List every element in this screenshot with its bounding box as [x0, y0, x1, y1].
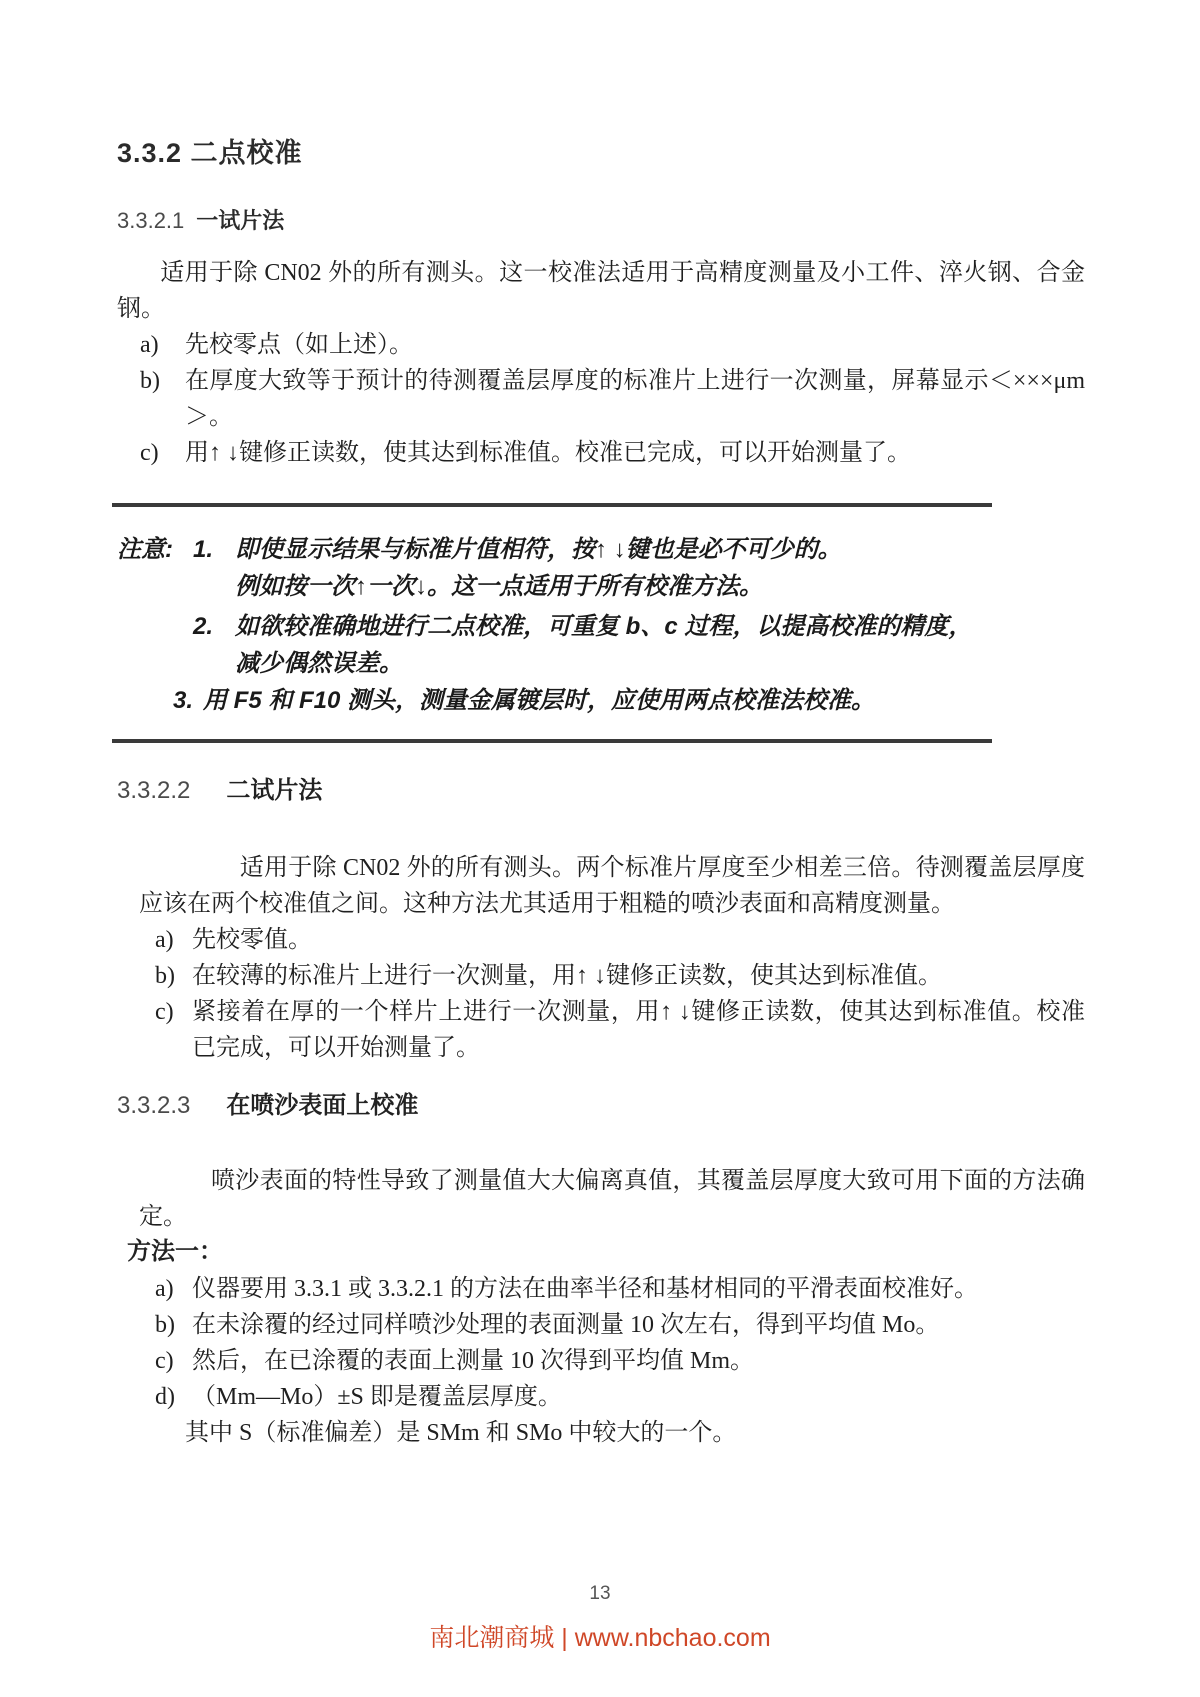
list-text: （Mm—Mo）±S 即是覆盖层厚度。 — [192, 1379, 1085, 1415]
list-text: 先校零点（如上述）。 — [185, 327, 1085, 363]
paragraph-intro-3321: 适用于除 CN02 外的所有测头。这一校准法适用于高精度测量及小工件、淬火钢、合… — [117, 255, 1085, 327]
note-text: 即使显示结果与标准片值相符，按↑ ↓键也是必不可少的。 — [235, 531, 842, 568]
list-marker: a) — [140, 327, 185, 363]
note-item-2: 2. 如欲较准确地进行二点校准，可重复 b、c 过程，以提高校准的精度， — [193, 608, 1085, 645]
list-marker: a) — [155, 1271, 192, 1307]
list-text: 仪器要用 3.3.1 或 3.3.2.1 的方法在曲率半径和基材相同的平滑表面校… — [192, 1271, 1085, 1307]
paragraph-intro-3323: 喷沙表面的特性导致了测量值大大偏离真值，其覆盖层厚度大致可用下面的方法确定。 — [139, 1163, 1085, 1235]
list-text: 在厚度大致等于预计的待测覆盖层厚度的标准片上进行一次测量，屏幕显示＜×××μm＞… — [185, 363, 1085, 435]
section-body-3322: 适用于除 CN02 外的所有测头。两个标准片厚度至少相差三倍。待测覆盖层厚度应该… — [139, 850, 1085, 1066]
list-3321: a) 先校零点（如上述）。 b) 在厚度大致等于预计的待测覆盖层厚度的标准片上进… — [117, 327, 1085, 471]
note-item-1: 注意: 1. 即使显示结果与标准片值相符，按↑ ↓键也是必不可少的。 — [117, 531, 1085, 568]
divider-rule-top — [112, 503, 992, 507]
heading-title: 一试片法 — [196, 208, 284, 233]
heading-number: 3.3.2.3 — [117, 1092, 190, 1119]
section-body-3323: 喷沙表面的特性导致了测量值大大偏离真值，其覆盖层厚度大致可用下面的方法确定。 — [139, 1163, 1085, 1235]
heading-3-3-2-3: 3.3.2.3在喷沙表面上校准 — [117, 1092, 1085, 1123]
heading-title: 二试片法 — [226, 777, 322, 804]
heading-number: 3.3.2.1 — [117, 208, 184, 233]
list-marker: a) — [155, 922, 192, 958]
list-marker: c) — [155, 1343, 192, 1379]
list-item: d) （Mm—Mo）±S 即是覆盖层厚度。 — [139, 1379, 1085, 1415]
note-number: 1. — [193, 531, 235, 568]
page-content: 3.3.2 二点校准 3.3.2.1一试片法 适用于除 CN02 外的所有测头。… — [117, 138, 1085, 1451]
list-item: c) 用↑ ↓键修正读数，使其达到标准值。校准已完成，可以开始测量了。 — [117, 435, 1085, 471]
list-marker: b) — [155, 1307, 192, 1343]
list-text: 在未涂覆的经过同样喷沙处理的表面测量 10 次左右，得到平均值 Mo。 — [192, 1307, 1085, 1343]
list-text: 先校零值。 — [192, 922, 1085, 958]
list-text: 紧接着在厚的一个样片上进行一次测量，用↑ ↓键修正读数，使其达到标准值。校准已完… — [192, 994, 1085, 1066]
heading-3-3-2-1: 3.3.2.1一试片法 — [117, 208, 1085, 237]
note-number: 2. — [193, 608, 235, 645]
list-item: b) 在较薄的标准片上进行一次测量，用↑ ↓键修正读数，使其达到标准值。 — [139, 958, 1085, 994]
heading-3-3-2: 3.3.2 二点校准 — [117, 138, 1085, 168]
list-item: c) 紧接着在厚的一个样片上进行一次测量，用↑ ↓键修正读数，使其达到标准值。校… — [139, 994, 1085, 1066]
list-item: a) 仪器要用 3.3.1 或 3.3.2.1 的方法在曲率半径和基材相同的平滑… — [139, 1271, 1085, 1307]
list-marker: c) — [140, 435, 185, 471]
list-text: 在较薄的标准片上进行一次测量，用↑ ↓键修正读数，使其达到标准值。 — [192, 958, 1085, 994]
list-item: b) 在厚度大致等于预计的待测覆盖层厚度的标准片上进行一次测量，屏幕显示＜×××… — [117, 363, 1085, 435]
list-marker: b) — [140, 363, 185, 435]
note-label: 注意: — [117, 531, 193, 568]
list-text: 用↑ ↓键修正读数，使其达到标准值。校准已完成，可以开始测量了。 — [185, 435, 1085, 471]
page-number: 13 — [0, 1583, 1200, 1605]
paragraph-intro-3322: 适用于除 CN02 外的所有测头。两个标准片厚度至少相差三倍。待测覆盖层厚度应该… — [139, 850, 1085, 922]
note-item-2-continued: 减少偶然误差。 — [235, 645, 1085, 682]
note-text: 用 F5 和 F10 测头，测量金属镀层时，应使用两点校准法校准。 — [203, 682, 875, 719]
note-block: 注意: 1. 即使显示结果与标准片值相符，按↑ ↓键也是必不可少的。 例如按一次… — [117, 531, 1085, 719]
list-text: 然后，在已涂覆的表面上测量 10 次得到平均值 Mm。 — [192, 1343, 1085, 1379]
list-item: a) 先校零值。 — [139, 922, 1085, 958]
note-text: 如欲较准确地进行二点校准，可重复 b、c 过程，以提高校准的精度， — [235, 608, 972, 645]
heading-title: 在喷沙表面上校准 — [226, 1092, 418, 1119]
heading-number: 3.3.2.2 — [117, 777, 190, 804]
list-3322: a) 先校零值。 b) 在较薄的标准片上进行一次测量，用↑ ↓键修正读数，使其达… — [139, 922, 1085, 1066]
list-marker: c) — [155, 994, 192, 1066]
list-marker: b) — [155, 958, 192, 994]
note-item-3: 3. 用 F5 和 F10 测头，测量金属镀层时，应使用两点校准法校准。 — [173, 682, 1085, 719]
deviation-note-line: 其中 S（标准偏差）是 SMm 和 SMo 中较大的一个。 — [185, 1415, 1085, 1451]
note-item-1-continued: 例如按一次↑一次↓。这一点适用于所有校准方法。 — [235, 568, 1085, 605]
heading-3-3-2-2: 3.3.2.2二试片法 — [117, 777, 1085, 808]
list-3323: a) 仪器要用 3.3.1 或 3.3.2.1 的方法在曲率半径和基材相同的平滑… — [139, 1271, 1085, 1415]
list-item: a) 先校零点（如上述）。 — [117, 327, 1085, 363]
method-one-label: 方法一： — [127, 1237, 1085, 1267]
list-item: c) 然后，在已涂覆的表面上测量 10 次得到平均值 Mm。 — [139, 1343, 1085, 1379]
divider-rule-bottom — [112, 739, 992, 743]
note-number: 3. — [173, 682, 203, 719]
list-marker: d) — [155, 1379, 192, 1415]
footer-brand-line: 南北潮商城 | www.nbchao.com — [0, 1618, 1200, 1654]
list-item: b) 在未涂覆的经过同样喷沙处理的表面测量 10 次左右，得到平均值 Mo。 — [139, 1307, 1085, 1343]
document-page: 3.3.2 二点校准 3.3.2.1一试片法 适用于除 CN02 外的所有测头。… — [0, 0, 1200, 1697]
